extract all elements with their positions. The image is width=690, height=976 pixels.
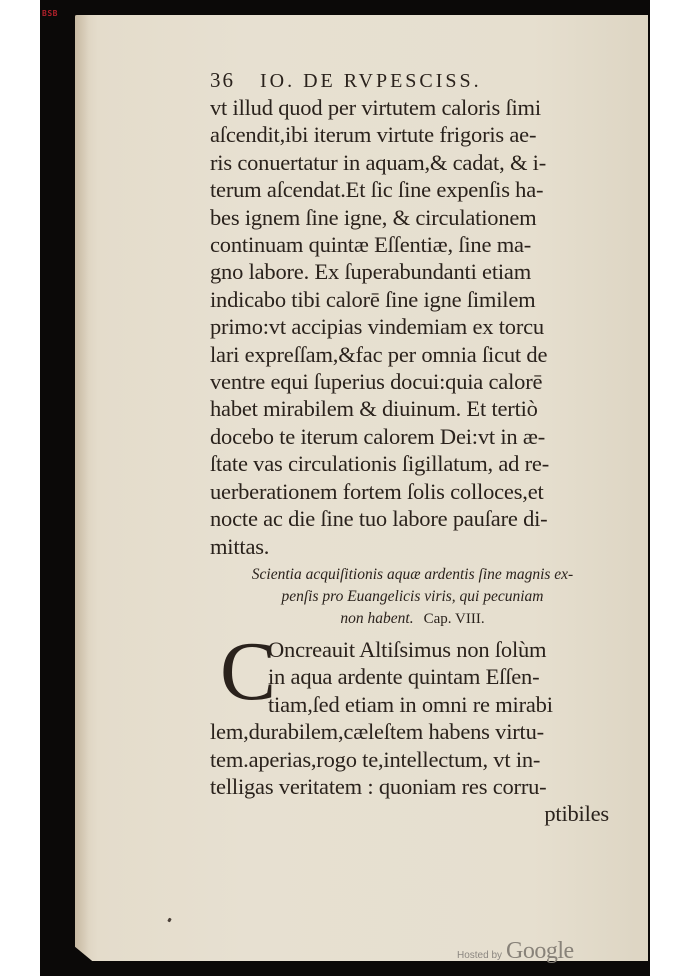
text-line: aſcendit,ibi iterum virtute frigoris ae- xyxy=(210,121,615,148)
paragraph-1: vt illud quod per virtutem caloris ſimi … xyxy=(210,94,615,560)
chapter-heading: Scientia acquiſitionis aquæ ardentis ſin… xyxy=(210,564,615,630)
running-title: IO. DE RVPESCISS. xyxy=(260,70,482,93)
text-line: continuam quintæ Eſſentiæ, ſine ma- xyxy=(210,231,615,258)
text-line: vt illud quod per virtutem caloris ſimi xyxy=(210,94,615,121)
chapter-number: Cap. VIII. xyxy=(424,611,485,627)
text-line: ſtate vas circulationis ſigillatum, ad r… xyxy=(210,450,615,477)
text-line: lari expreſſam,&fac per omnia ſicut de xyxy=(210,341,615,368)
text-line: primo:vt accipias vindemiam ex torcu xyxy=(210,313,615,340)
text-line: indicabo tibi calorē ſine igne ſimilem xyxy=(210,286,615,313)
drop-cap-initial: C xyxy=(220,630,276,714)
text-line: bes ignem ſine igne, & circulationem xyxy=(210,204,615,231)
catchword: ptibiles xyxy=(210,800,615,827)
running-head: 36 IO. DE RVPESCISS. xyxy=(210,68,615,94)
text-line: telligas veritatem : quoniam res corru- xyxy=(210,773,615,800)
google-watermark: Hosted by Google xyxy=(457,938,574,965)
text-line: ventre equi ſuperius docui:quia calorē xyxy=(210,368,615,395)
text-line: habet mirabilem & diuinum. Et tertiò xyxy=(210,395,615,422)
text-line: tem.aperias,rogo te,intellectum, vt in- xyxy=(210,746,615,773)
chapter-heading-line: Scientia acquiſitionis aquæ ardentis ſin… xyxy=(210,564,615,586)
page-number: 36 xyxy=(210,68,260,93)
text-line: gno labore. Ex ſuperabundanti etiam xyxy=(210,258,615,285)
page-text: 36 IO. DE RVPESCISS. vt illud quod per v… xyxy=(210,68,615,828)
text-line: terum aſcendat.Et ſic ſine expenſis ha- xyxy=(210,176,615,203)
chapter-heading-end: non habent. xyxy=(340,610,413,627)
text-line: uerberationem fortem ſolis colloces,et xyxy=(210,478,615,505)
text-line: docebo te iterum calorem Dei:vt in æ- xyxy=(210,423,615,450)
library-stamp: BSB xyxy=(42,9,58,18)
text-line: nocte ac die ſine tuo labore pauſare di- xyxy=(210,505,615,532)
paragraph-2: C Oncreauit Altiſsimus non ſolùm in aqua… xyxy=(210,636,615,828)
hosted-by-label: Hosted by xyxy=(457,950,502,961)
text-line: mittas. xyxy=(210,533,615,560)
text-line: ris conuertatur in aquam,& cadat, & i- xyxy=(210,149,615,176)
google-logo: Google xyxy=(506,938,574,965)
text-line: lem,durabilem,cæleſtem habens virtu- xyxy=(210,718,615,745)
chapter-heading-line: penſis pro Euangelicis viris, qui pecuni… xyxy=(210,586,615,608)
